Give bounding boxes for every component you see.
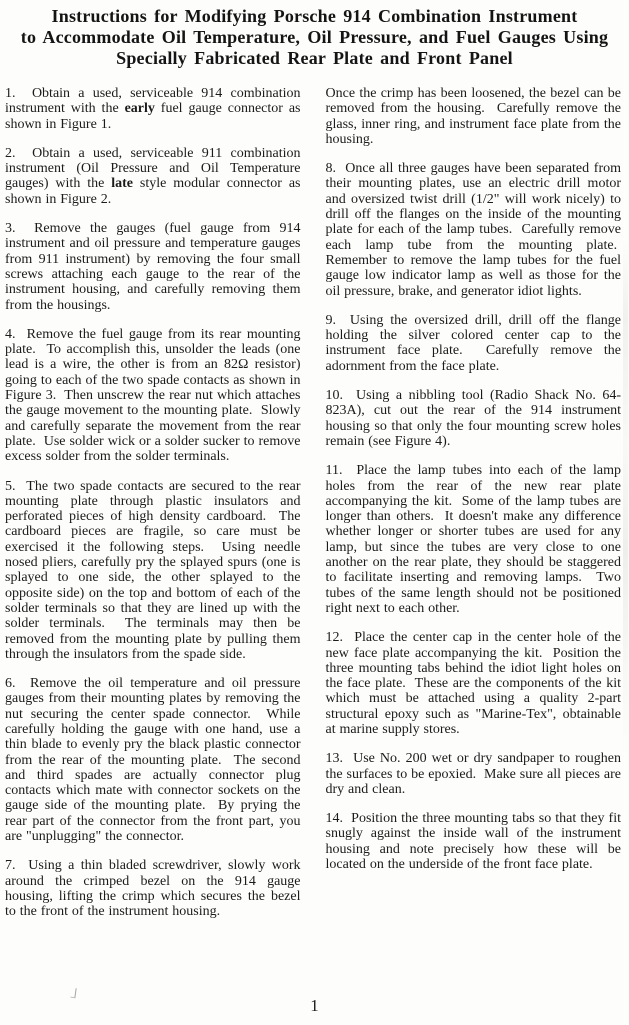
- body-text: 8. Once all three gauges have been separ…: [326, 161, 622, 298]
- title-line-2: to Accommodate Oil Temperature, Oil Pres…: [0, 27, 629, 48]
- step-7-continued: Once the crimp has been loosened, the be…: [326, 86, 622, 147]
- body-text: 9. Using the oversized drill, drill off …: [326, 313, 622, 374]
- step-2: 2. Obtain a used, serviceable 911 combin…: [5, 146, 301, 207]
- step-13: 13. Use No. 200 wet or dry sandpaper to …: [326, 751, 622, 797]
- step-14: 14. Position the three mounting tabs so …: [326, 811, 622, 872]
- step-6: 6. Remove the oil temperature and oil pr…: [5, 676, 301, 844]
- step-3: 3. Remove the gauges (fuel gauge from 91…: [5, 221, 301, 313]
- step-9: 9. Using the oversized drill, drill off …: [326, 313, 622, 374]
- body-text: 13. Use No. 200 wet or dry sandpaper to …: [326, 751, 622, 797]
- step-1: 1. Obtain a used, serviceable 914 combin…: [5, 86, 301, 132]
- emphasis-text: late: [111, 176, 133, 191]
- body-text: 4. Remove the fuel gauge from its rear m…: [5, 327, 301, 464]
- body-text: 3. Remove the gauges (fuel gauge from 91…: [5, 221, 301, 312]
- body-text: Once the crimp has been loosened, the be…: [326, 86, 622, 147]
- body-text: 6. Remove the oil temperature and oil pr…: [5, 676, 301, 844]
- body-text: 10. Using a nibbling tool (Radio Shack N…: [326, 388, 622, 449]
- body-text: 5. The two spade contacts are secured to…: [5, 479, 301, 662]
- step-5: 5. The two spade contacts are secured to…: [5, 479, 301, 663]
- page-number: 1: [0, 996, 629, 1016]
- body-text: 14. Position the three mounting tabs so …: [326, 811, 622, 872]
- step-4: 4. Remove the fuel gauge from its rear m…: [5, 327, 301, 465]
- body-text: 7. Using a thin bladed screwdriver, slow…: [5, 858, 301, 919]
- title-line-1: Instructions for Modifying Porsche 914 C…: [0, 6, 629, 27]
- title-line-3: Specially Fabricated Rear Plate and Fron…: [0, 48, 629, 69]
- step-7: 7. Using a thin bladed screwdriver, slow…: [5, 858, 301, 919]
- right-column: Once the crimp has been loosened, the be…: [326, 86, 622, 988]
- left-column: 1. Obtain a used, serviceable 914 combin…: [5, 86, 301, 988]
- scan-smudge-artifact: [623, 240, 628, 760]
- body-text: 11. Place the lamp tubes into each of th…: [326, 463, 622, 616]
- document-page: Instructions for Modifying Porsche 914 C…: [0, 0, 629, 1025]
- step-8: 8. Once all three gauges have been separ…: [326, 161, 622, 299]
- body-text: 12. Place the center cap in the center h…: [326, 630, 622, 737]
- instruction-columns: 1. Obtain a used, serviceable 914 combin…: [0, 86, 629, 988]
- step-12: 12. Place the center cap in the center h…: [326, 630, 622, 737]
- step-10: 10. Using a nibbling tool (Radio Shack N…: [326, 388, 622, 449]
- document-title: Instructions for Modifying Porsche 914 C…: [0, 0, 629, 69]
- emphasis-text: early: [125, 101, 155, 116]
- step-11: 11. Place the lamp tubes into each of th…: [326, 463, 622, 616]
